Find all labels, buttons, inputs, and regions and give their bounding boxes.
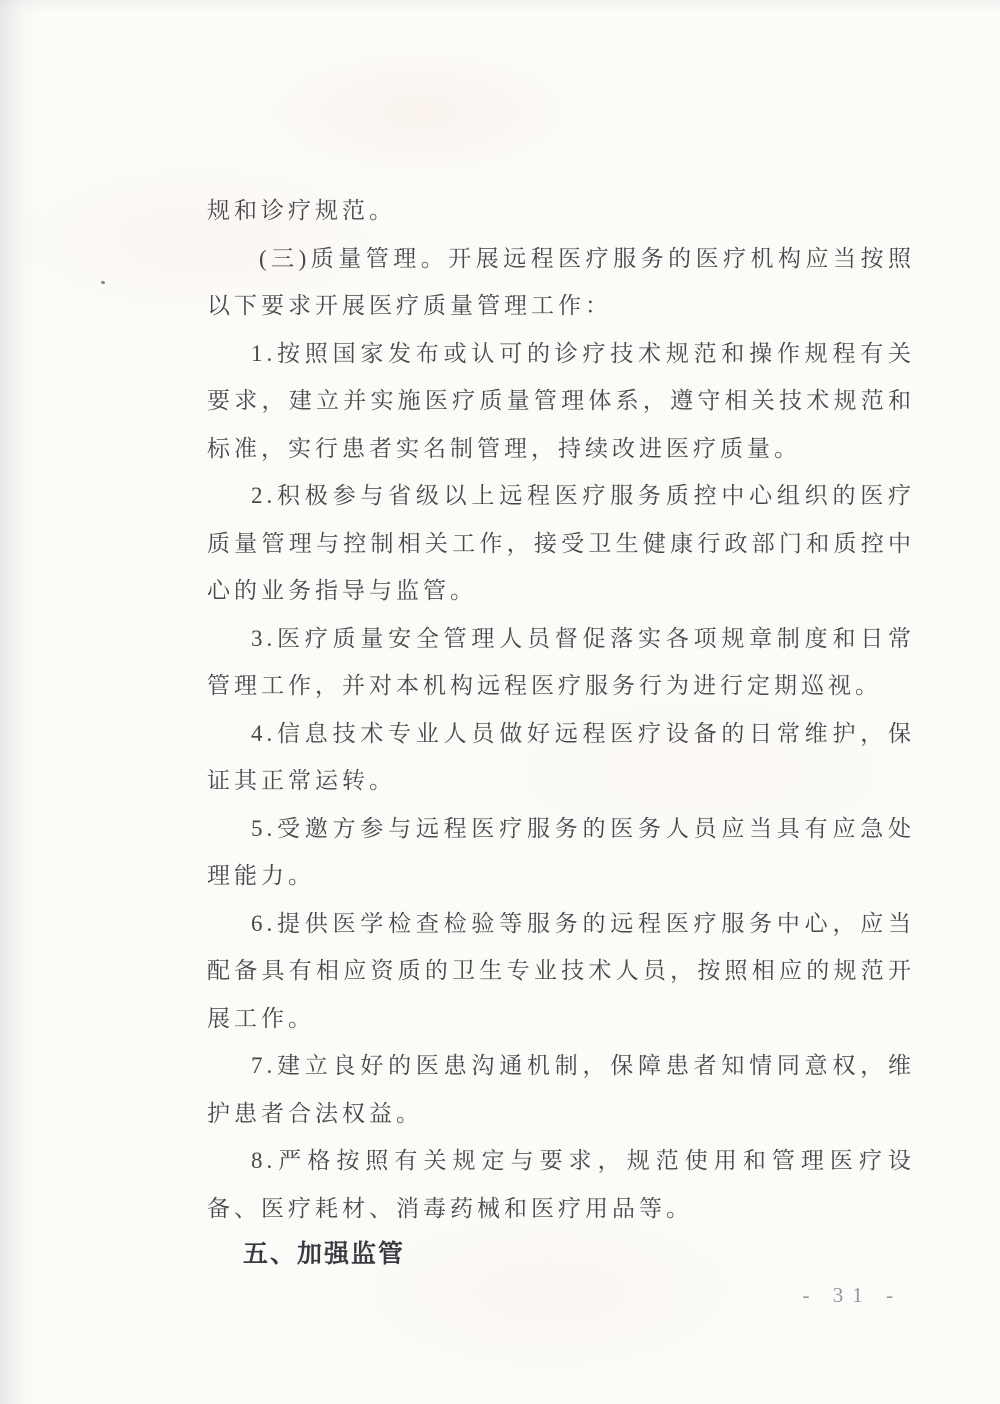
paragraph-item-4: 4.信息技术专业人员做好远程医疗设备的日常维护，保证其正常运转。 [207,710,915,805]
paragraph-item-6: 6.提供医学检查检验等服务的远程医疗服务中心，应当配备具有相应资质的卫生专业技术… [207,900,915,1043]
scan-speckle-dot [101,280,106,284]
paragraph-section-quality-management: (三)质量管理。开展远程医疗服务的医疗机构应当按照以下要求开展医疗质量管理工作： [207,235,915,330]
page-number: - 31 - [803,1283,903,1308]
paragraph-item-3: 3.医疗质量安全管理人员督促落实各项规章制度和日常管理工作，并对本机构远程医疗服… [207,615,915,710]
section-heading-strengthen-supervision: 五、加强监管 [207,1232,915,1276]
paragraph-item-2: 2.积极参与省级以上远程医疗服务质控中心组织的医疗质量管理与控制相关工作，接受卫… [207,472,915,615]
paragraph-item-7: 7.建立良好的医患沟通机制，保障患者知情同意权，维护患者合法权益。 [207,1042,915,1137]
paragraph-continuation: 规和诊疗规范。 [207,187,915,235]
paragraph-item-5: 5.受邀方参与远程医疗服务的医务人员应当具有应急处理能力。 [207,805,915,900]
scanned-document-page: 规和诊疗规范。 (三)质量管理。开展远程医疗服务的医疗机构应当按照以下要求开展医… [0,0,1000,1404]
paragraph-item-8: 8.严格按照有关规定与要求，规范使用和管理医疗设备、医疗耗材、消毒药械和医疗用品… [207,1137,915,1232]
paragraph-item-1: 1.按照国家发布或认可的诊疗技术规范和操作规程有关要求，建立并实施医疗质量管理体… [207,330,915,473]
scan-edge-shading-top [0,0,1000,12]
document-body: 规和诊疗规范。 (三)质量管理。开展远程医疗服务的医疗机构应当按照以下要求开展医… [207,187,915,1276]
scan-edge-shading-left [0,0,38,1404]
